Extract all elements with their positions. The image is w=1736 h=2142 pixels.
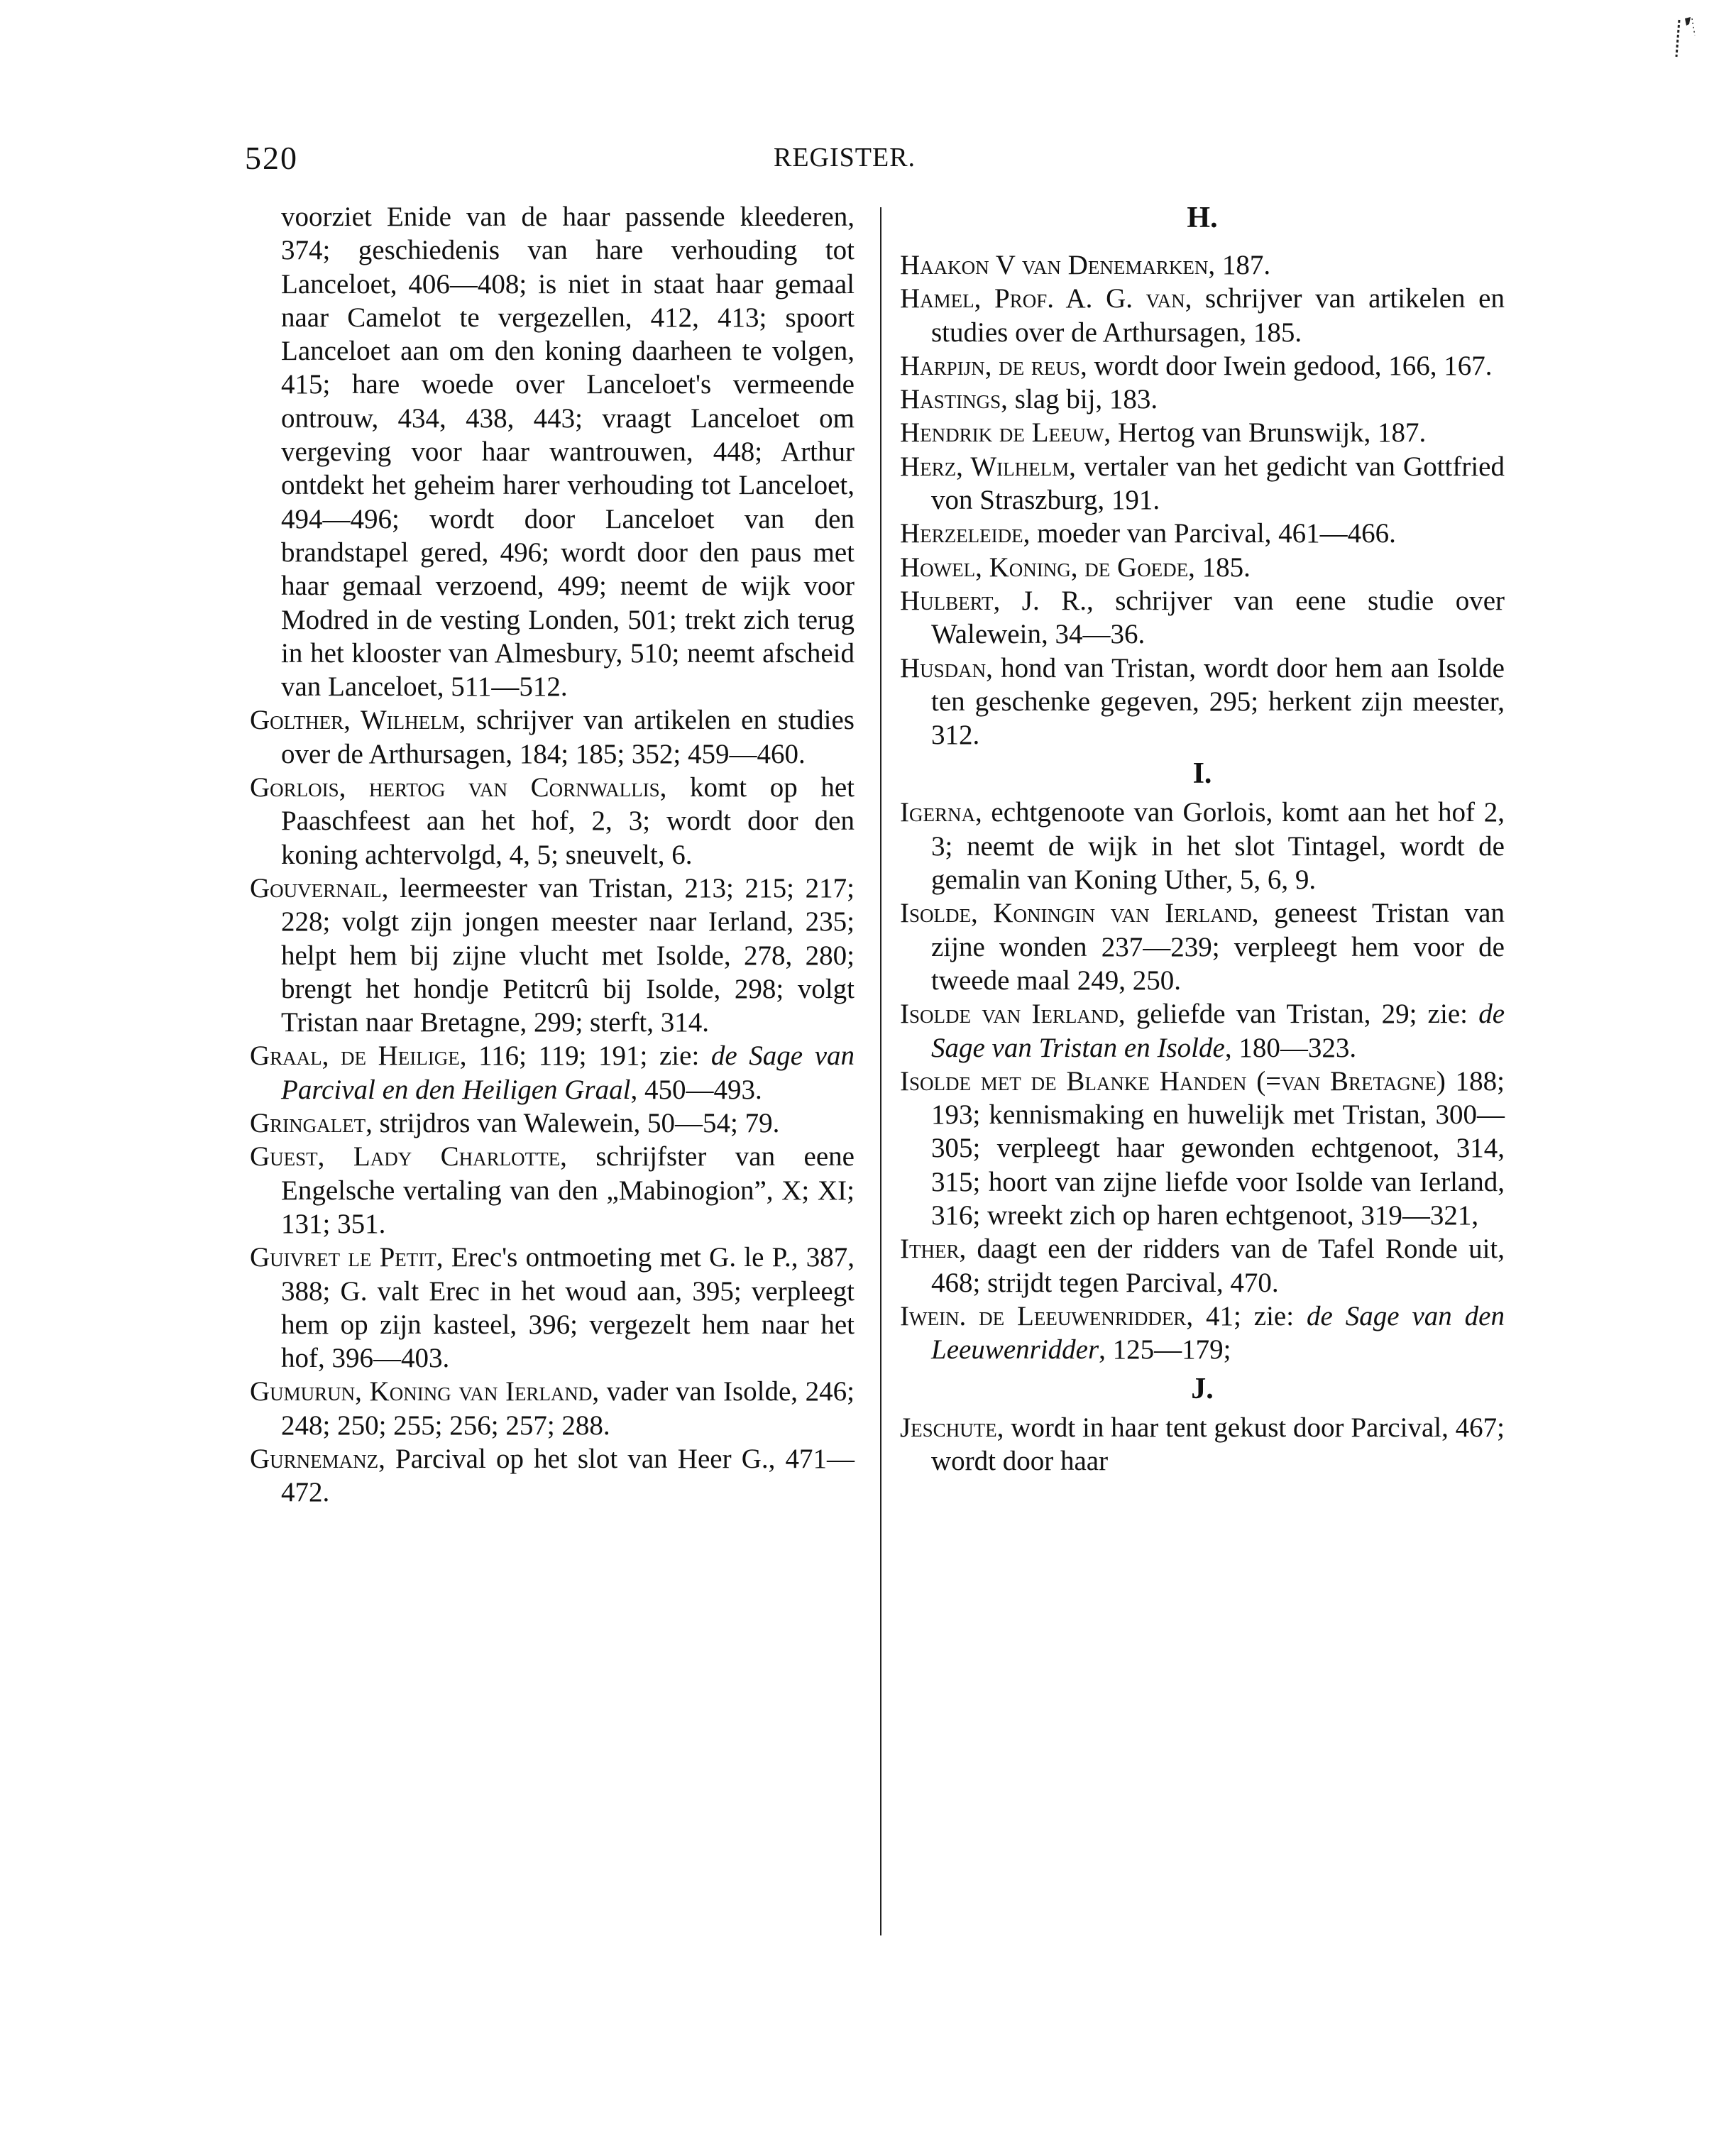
entry-headword: Isolde met de Blanke Handen [900,1066,1246,1097]
entry-headword: Isolde, Koningin van Ierland, [900,898,1258,928]
entry-headword: Gumurun, Koning van Ierland, [250,1376,599,1407]
entry-text: 185. [1195,552,1251,583]
entry-text: 187. [1215,250,1270,280]
register-entry: Howel, Koning, de Goede, 185. [900,551,1505,584]
register-entry: Husdan, hond van Tristan, wordt door hem… [900,652,1505,752]
entry-headword: Graal, de Heilige, [250,1040,466,1071]
register-column-left: voorziet Enide van de haar passende klee… [250,200,855,1510]
register-entry: Graal, de Heilige, 116; 119; 191; zie: d… [250,1039,855,1106]
running-head: REGISTER. [774,142,916,173]
register-entry: Hamel, Prof. A. G. van, schrijver van ar… [900,282,1505,349]
register-entry: Isolde, Koningin van Ierland, geneest Tr… [900,896,1505,997]
register-entry: Iwein. de Leeuwenridder, 41; zie: de Sag… [900,1300,1505,1367]
register-entry: Jeschute, wordt in haar tent gekust door… [900,1411,1505,1478]
entry-text: 41; zie: [1193,1301,1307,1331]
register-entry: Gouvernail, leermeester van Tristan, 213… [250,872,855,1039]
entry-headword: Igerna, [900,797,982,828]
entry-headword: Hastings, [900,384,1008,414]
entry-text: wordt door Iwein gedood, 166, 167. [1087,351,1493,381]
entry-headword: Harpijn, de reus, [900,351,1087,381]
register-entry: Haakon V van Denemarken, 187. [900,248,1505,282]
register-entry: Isolde met de Blanke Handen (=van Bretag… [900,1065,1505,1232]
entry-text: slag bij, 183. [1008,384,1158,414]
entry-headword: Guest, Lady Charlotte, [250,1141,567,1172]
entry-headword: Ither, [900,1234,966,1264]
entry-headword: Gurnemanz, [250,1444,385,1474]
entry-text: , 450—493. [630,1075,762,1105]
entry-headword: Herz, Wilhelm, [900,451,1076,482]
column-divider [880,207,881,1935]
entry-text: , 180—323. [1225,1033,1356,1063]
entry-headword: Hendrik de Leeuw, [900,417,1111,448]
entry-headword: Jeschute, [900,1412,1004,1443]
entry-text: wordt in haar tent gekust door Parcival,… [931,1412,1505,1476]
register-entry: Gorlois, hertog van Cornwallis, komt op … [250,771,855,872]
entry-headword: van Bretagne [1281,1066,1436,1097]
entry-headword: Gringalet, [250,1108,373,1138]
entry-text: hond van Tristan, wordt door hem aan Iso… [931,653,1505,751]
entry-headword: Howel, Koning, de Goede, [900,552,1195,583]
entry-headword: Herzeleide, [900,518,1030,549]
scan-artifact-icon [1675,14,1703,78]
entry-headword: Gorlois, hertog van Cornwallis, [250,772,666,803]
entry-headword: Hulbert, J. R., [900,586,1094,616]
register-column-right: H.Haakon V van Denemarken, 187.Hamel, Pr… [900,200,1505,1478]
register-entry: voorziet Enide van de haar passende klee… [250,200,855,703]
register-entry: Golther, Wilhelm, schrijver van artikele… [250,703,855,771]
entry-headword: Golther, Wilhelm, [250,705,466,735]
entry-text: voorziet Enide van de haar passende klee… [281,202,855,702]
section-letter-heading: H. [900,200,1505,236]
entry-headword: Iwein. de Leeuwenridder, [900,1301,1193,1331]
register-entry: Herz, Wilhelm, vertaler van het gedicht … [900,450,1505,517]
entry-headword: Guivret le Petit, [250,1242,444,1273]
register-entry: Harpijn, de reus, wordt door Iwein gedoo… [900,349,1505,383]
entry-text: strijdros van Walewein, 50—54; 79. [373,1108,779,1138]
entry-headword: Isolde van Ierland, [900,999,1126,1029]
section-letter-heading: J. [900,1367,1505,1411]
register-entry: Guest, Lady Charlotte, schrijfster van e… [250,1140,855,1241]
entry-text: Hertog van Brunswijk, 187. [1111,417,1426,448]
register-entry: Gumurun, Koning van Ierland, vader van I… [250,1375,855,1442]
entry-headword: Haakon V van Denemarken, [900,250,1215,280]
register-entry: Hastings, slag bij, 183. [900,383,1505,416]
register-entry: Ither, daagt een der ridders van de Tafe… [900,1232,1505,1300]
register-entry: Hendrik de Leeuw, Hertog van Brunswijk, … [900,416,1505,449]
register-entry: Igerna, echtgenoote van Gorlois, komt aa… [900,796,1505,896]
entry-text: (= [1246,1066,1281,1097]
entry-text: daagt een der ridders van de Tafel Ronde… [931,1234,1505,1297]
register-entry: Herzeleide, moeder van Parcival, 461—466… [900,517,1505,550]
entry-headword: Gouvernail, [250,873,388,904]
entry-text: , 125—179; [1099,1334,1231,1365]
entry-text: geliefde van Tristan, 29; zie: [1126,999,1479,1029]
register-entry: Gringalet, strijdros van Walewein, 50—54… [250,1106,855,1140]
entry-headword: Husdan, [900,653,993,683]
entry-text: moeder van Parcival, 461—466. [1030,518,1396,549]
entry-text: echtgenoote van Gorlois, komt aan het ho… [931,797,1505,895]
register-entry: Gurnemanz, Parcival op het slot van Heer… [250,1442,855,1510]
register-entry: Guivret le Petit, Erec's ontmoeting met … [250,1241,855,1375]
entry-headword: Hamel, Prof. A. G. van, [900,283,1192,314]
section-letter-heading: I. [900,752,1505,796]
page-number: 520 [245,139,298,177]
register-entry: Hulbert, J. R., schrijver van eene studi… [900,584,1505,652]
entry-text: 116; 119; 191; zie: [466,1040,710,1071]
register-entry: Isolde van Ierland, geliefde van Tristan… [900,997,1505,1065]
